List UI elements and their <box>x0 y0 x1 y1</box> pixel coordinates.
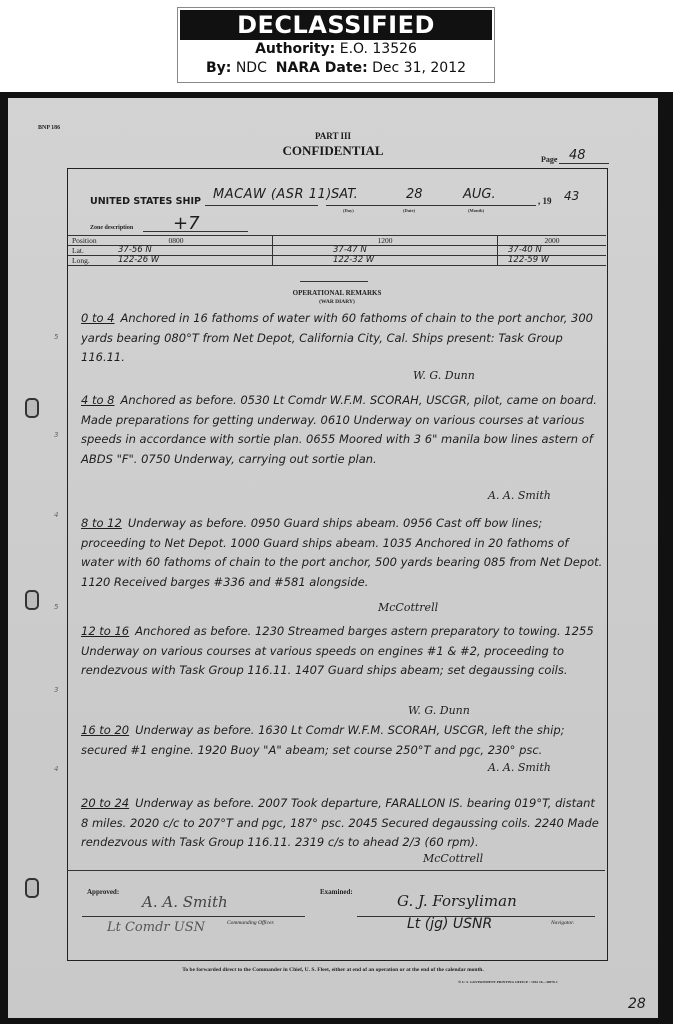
navigator-title: Navigator. <box>551 920 574 926</box>
approved-label: Approved: <box>87 888 119 896</box>
margin-note: 4 <box>54 511 58 519</box>
stamp-by: By: NDC NARA Date: Dec 31, 2012 <box>178 59 494 78</box>
binder-hole-icon <box>25 878 39 898</box>
commanding-officer-title: Commanding Officer. <box>227 920 274 926</box>
margin-note: 5 <box>54 333 58 341</box>
page-label: Page <box>541 155 557 164</box>
margin-note: 3 <box>54 431 58 439</box>
page-number: 48 <box>569 148 586 163</box>
margin-note: 5 <box>54 603 58 611</box>
examined-label: Examined: <box>320 888 353 896</box>
commanding-officer-signature: A. A. Smith <box>142 893 228 911</box>
navigator-rank: Lt (jg) USNR <box>407 916 492 932</box>
binder-hole-icon <box>25 398 39 418</box>
declassification-stamp: DECLASSIFIED Authority: E.O. 13526 By: N… <box>177 7 495 83</box>
stamp-title: DECLASSIFIED <box>180 10 492 40</box>
sheet-number: 28 <box>628 996 646 1012</box>
margin-note: 4 <box>54 765 58 773</box>
scanned-page: 5 3 4 5 3 4 BNP 186 PART III CONFIDENTIA… <box>0 92 673 1024</box>
binder-hole-icon <box>25 590 39 610</box>
navigator-signature: G. J. Forsyliman <box>397 892 517 910</box>
printer-imprint: ☆ U. S. GOVERNMENT PRINTING OFFICE : 194… <box>458 980 558 984</box>
part-heading: PART III <box>8 131 658 141</box>
commanding-officer-rank: Lt Comdr USN <box>107 920 205 935</box>
war-diary-sheet: 5 3 4 5 3 4 BNP 186 PART III CONFIDENTIA… <box>8 98 658 1018</box>
stamp-authority: Authority: E.O. 13526 <box>178 40 494 59</box>
forwarding-instruction: To be forwarded direct to the Commander … <box>8 967 658 973</box>
margin-note: 3 <box>54 686 58 694</box>
